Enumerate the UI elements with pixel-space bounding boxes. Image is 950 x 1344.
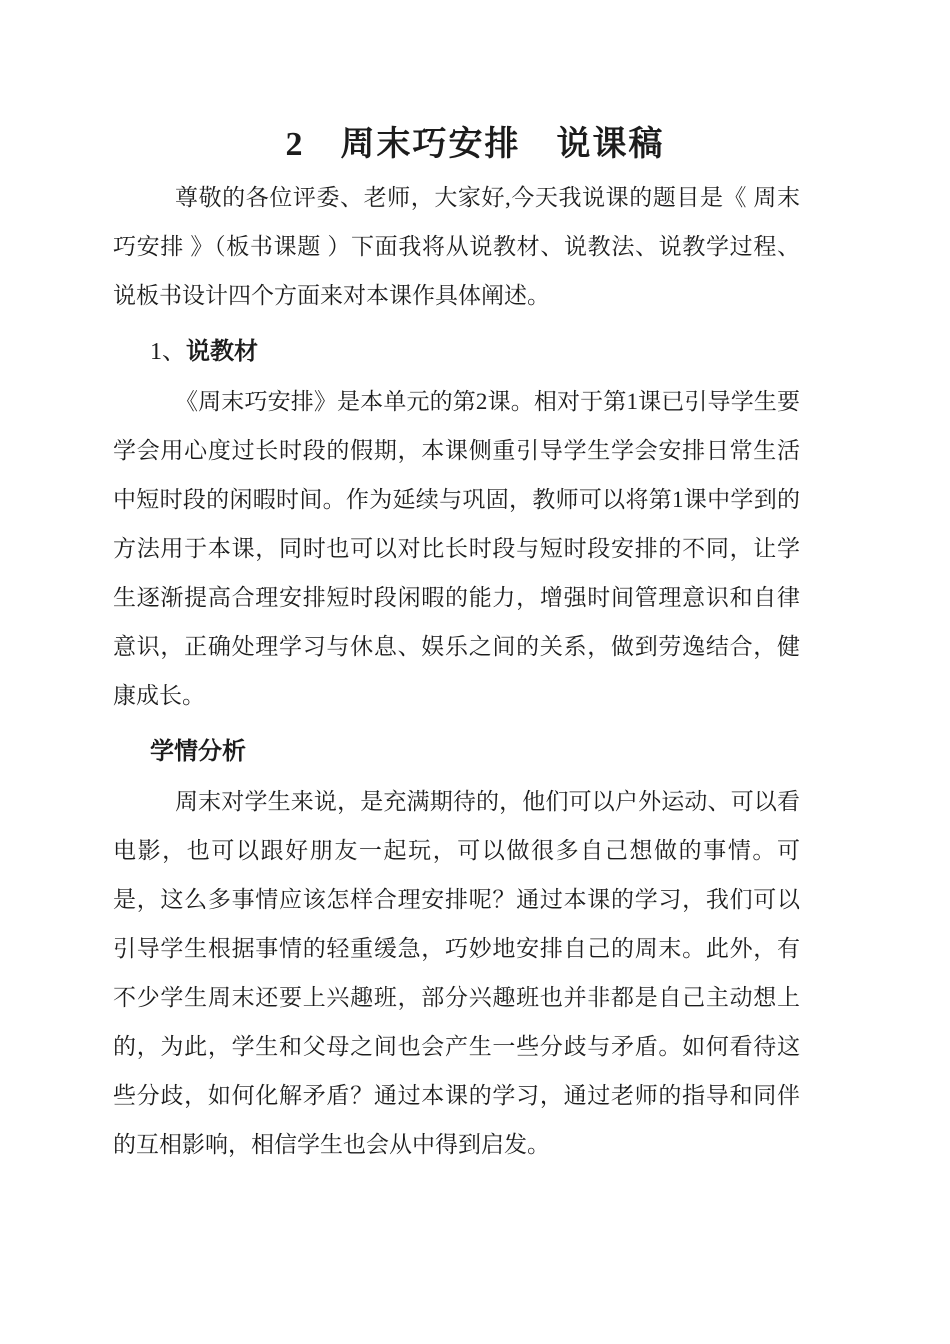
document-title: 2 周末巧安排 说课稿 <box>0 0 950 168</box>
section-heading-label: 学情分析 <box>150 739 246 765</box>
paragraph-shuo-jiaocai: 《周末巧安排》是本单元的第2课。相对于第1课已引导学生要学会用心度过长时段的假期… <box>113 377 800 720</box>
paragraph-intro: 尊敬的各位评委、老师，大家好,今天我说课的题目是《 周末巧安排 》（板书课题 ）… <box>113 173 800 320</box>
section-heading-xueqing-fenxi: 学情分析 <box>113 728 800 777</box>
section-heading-shuo-jiaocai: 1、说教材 <box>113 328 800 377</box>
paragraph-xueqing-fenxi: 周末对学生来说，是充满期待的，他们可以户外运动、可以看电影，也可以跟好朋友一起玩… <box>113 777 800 1169</box>
section-heading-number: 1、 <box>150 339 186 365</box>
document-body: 尊敬的各位评委、老师，大家好,今天我说课的题目是《 周末巧安排 》（板书课题 ）… <box>0 168 950 1169</box>
document-page: 2 周末巧安排 说课稿 尊敬的各位评委、老师，大家好,今天我说课的题目是《 周末… <box>0 0 950 1344</box>
section-heading-label: 说教材 <box>186 339 258 365</box>
